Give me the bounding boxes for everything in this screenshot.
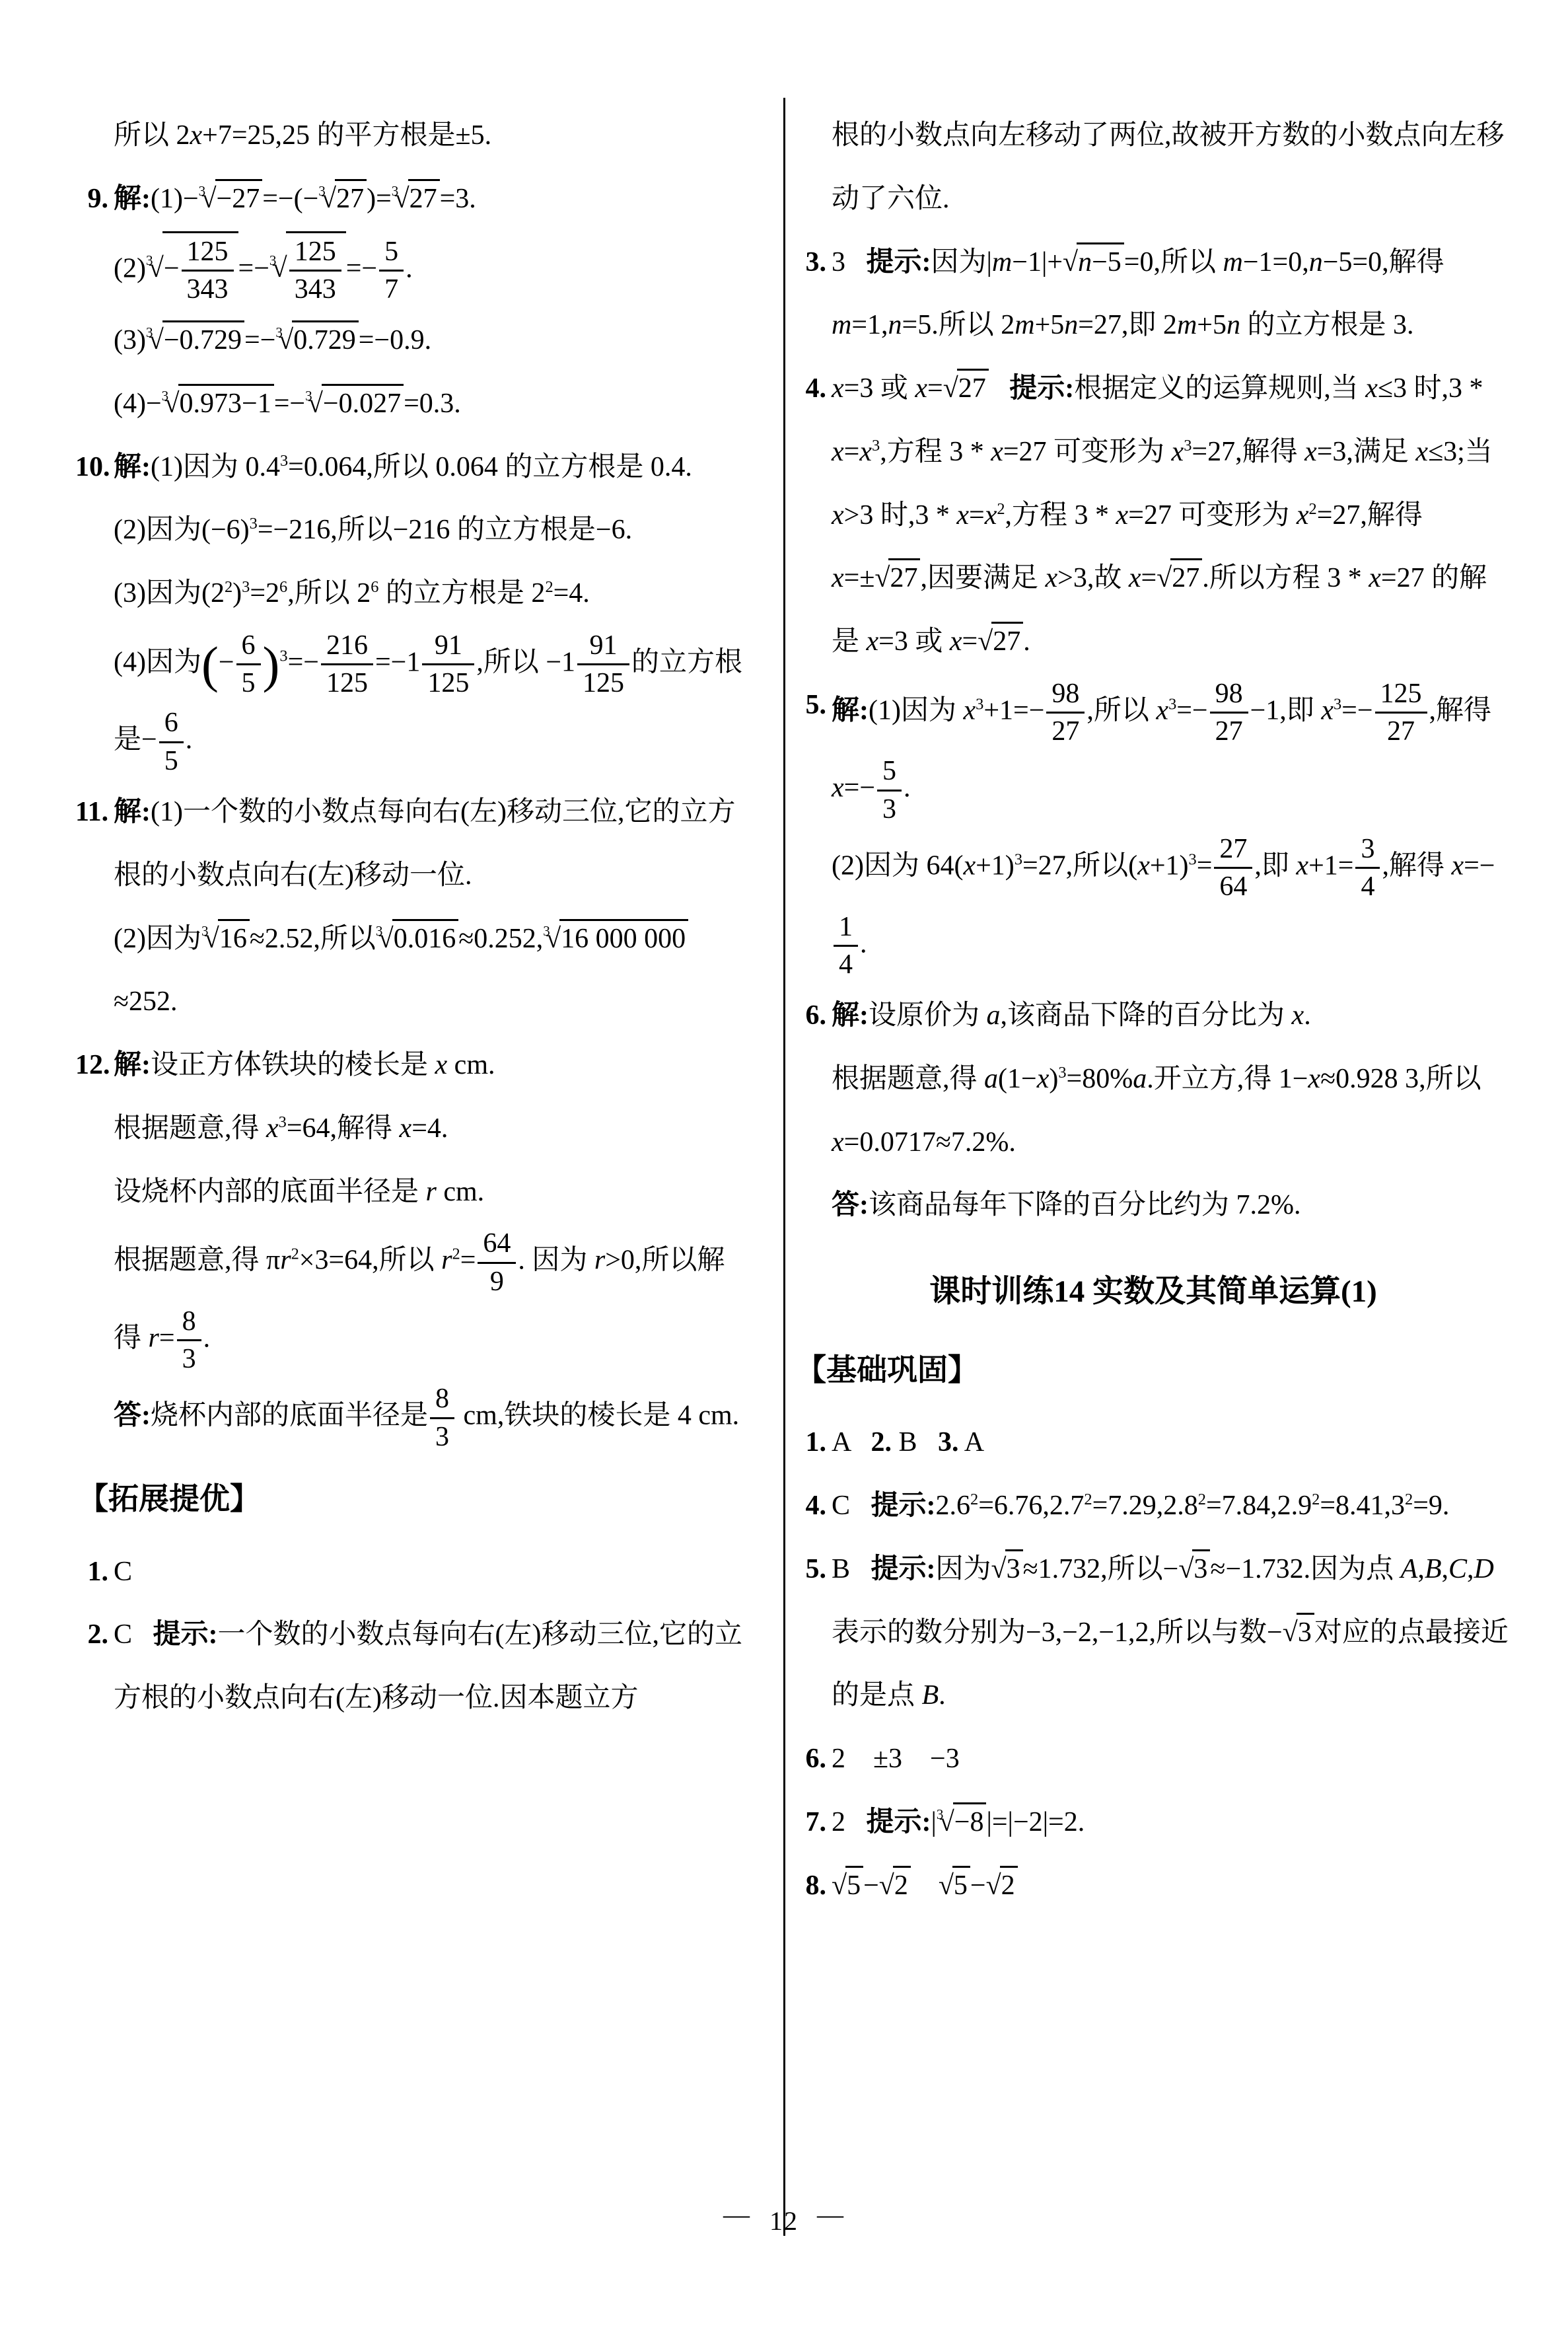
- paragraph: 根的小数点向左移动了两位,故被开方数的小数点向左移动了六位.: [832, 104, 1511, 231]
- answer-item-7: 7.2 提示:|3√−8|=|−2|=2.: [796, 1791, 1511, 1855]
- paragraph: (3)3√−0.729=−3√0.729=−0.9.: [114, 309, 744, 373]
- item-body: A 2. B 3. A: [832, 1411, 1511, 1475]
- continued-paragraph: 根的小数点向左移动了两位,故被开方数的小数点向左移动了六位.: [796, 104, 1511, 231]
- answer-item-4: 4.x=3 或 x=√27 提示:根据定义的运算规则,当 x≤3 时,3 * x…: [796, 357, 1511, 674]
- paragraph: 解:(1)因为 x3+1=−9827,所以 x3=−9827−1,即 x3=−1…: [832, 674, 1511, 829]
- right-column: 根的小数点向左移动了两位,故被开方数的小数点向左移动了六位.3.3 提示:因为|…: [796, 104, 1511, 1917]
- item-number: 9.: [75, 168, 108, 231]
- column-divider-rule: [783, 98, 785, 2236]
- page-footer: —12—: [0, 2205, 1568, 2236]
- item-body: 解:设正方体铁块的棱长是 x cm.根据题意,得 x3=64,解得 x=4.设烧…: [114, 1034, 744, 1457]
- answer-item-6: 6.2 ±3 −3: [796, 1728, 1511, 1791]
- answer-item-1: 1.A 2. B 3. A: [796, 1411, 1511, 1475]
- lesson-heading: 课时训练14 实数及其简单运算(1): [796, 1264, 1511, 1320]
- item-number: 5.: [793, 674, 826, 737]
- cube-root-radical: 3√−8: [937, 1807, 987, 1837]
- cube-root-radical: 3√−0.729: [146, 325, 244, 355]
- item-body: 解:(1)因为 x3+1=−9827,所以 x3=−9827−1,即 x3=−1…: [832, 674, 1511, 984]
- paragraph: (2)3√−125343=−3√125343=−57.: [114, 231, 744, 310]
- item-number: 4.: [793, 357, 826, 421]
- paragraph: (4)因为(−65)3=−216125=−191125,所以 −191125的立…: [114, 626, 744, 781]
- answer-item-3: 3.3 提示:因为|m−1|+√n−5=0,所以 m−1=0,n−5=0,解得 …: [796, 231, 1511, 358]
- paragraph: 2 提示:|3√−8|=|−2|=2.: [832, 1791, 1511, 1855]
- item-body: C 提示:2.62=6.76,2.72=7.29,2.82=7.84,2.92=…: [832, 1475, 1511, 1538]
- item-number: 11.: [75, 781, 108, 844]
- textbook-answer-page: { "footer": { "left_rule": "—", "number"…: [0, 0, 1568, 2325]
- fraction: 2764: [1214, 833, 1252, 903]
- fraction: 9827: [1046, 678, 1085, 748]
- item-body: 解:(1)−3√−27=−(−3√27)=3√27=3.(2)3√−125343…: [114, 168, 744, 436]
- item-body: 解:设原价为 a,该商品下降的百分比为 x.根据题意,得 a(1−x)3=80%…: [832, 984, 1511, 1237]
- answer-item-1: 1.C: [78, 1541, 744, 1604]
- section-header: 【拓展提优】: [78, 1467, 744, 1532]
- section-header: 【基础巩固】: [796, 1339, 1511, 1403]
- fraction: 125343: [289, 236, 341, 306]
- item-body: B 提示:因为√3≈1.732,所以−√3≈−1.732.因为点 A,B,C,D…: [832, 1538, 1511, 1728]
- answer-item-8: 8.√5−√2 √5−√2: [796, 1855, 1511, 1918]
- paragraph: 解:设正方体铁块的棱长是 x cm.: [114, 1034, 744, 1097]
- paragraph: (4)−3√0.973−1=−3√−0.027=0.3.: [114, 373, 744, 436]
- paragraph: 根据题意,得 πr2×3=64,所以 r2=649. 因为 r>0,所以解得 r…: [114, 1224, 744, 1379]
- paragraph: B 提示:因为√3≈1.732,所以−√3≈−1.732.因为点 A,B,C,D…: [832, 1538, 1511, 1728]
- paragraph: (2)因为(−6)3=−216,所以−216 的立方根是−6.: [114, 499, 744, 562]
- cube-root-radical: 3√0.973−1: [162, 388, 274, 419]
- item-number: 10.: [75, 436, 108, 499]
- paragraph: 根据题意,得 x3=64,解得 x=4.: [114, 1097, 744, 1161]
- cube-root-radical: 3√−0.027: [305, 388, 404, 419]
- fraction: 65: [236, 630, 261, 700]
- fraction: 65: [159, 707, 184, 777]
- square-root-radical: √5: [939, 1870, 970, 1901]
- item-body: 所以 2x+7=25,25 的平方根是±5.: [114, 104, 744, 168]
- item-number: 6.: [793, 984, 826, 1048]
- item-number: 5.: [793, 1538, 826, 1602]
- square-root-radical: √27: [1157, 563, 1202, 593]
- item-number: 4.: [793, 1475, 826, 1538]
- item-body: 3 提示:因为|m−1|+√n−5=0,所以 m−1=0,n−5=0,解得 m=…: [832, 231, 1511, 358]
- item-number: 8.: [793, 1855, 826, 1918]
- answer-item-11: 11.解:(1)一个数的小数点每向右(左)移动三位,它的立方根的小数点向右(左)…: [78, 781, 744, 1034]
- page-number: 12: [769, 2206, 799, 2236]
- item-body: √5−√2 √5−√2: [832, 1855, 1511, 1918]
- item-body: 根的小数点向左移动了两位,故被开方数的小数点向左移动了六位.: [832, 104, 1511, 231]
- continued-paragraph: 所以 2x+7=25,25 的平方根是±5.: [78, 104, 744, 168]
- paragraph: 解:(1)一个数的小数点每向右(左)移动三位,它的立方根的小数点向右(左)移动一…: [114, 781, 744, 908]
- item-number: 12.: [75, 1034, 108, 1097]
- square-root-radical: √n−5: [1063, 247, 1124, 277]
- answer-item-5: 5.B 提示:因为√3≈1.732,所以−√3≈−1.732.因为点 A,B,C…: [796, 1538, 1511, 1728]
- paragraph: 答:烧杯内部的底面半径是83 cm,铁块的棱长是 4 cm.: [114, 1379, 744, 1457]
- cube-root-radical: 3√16 000 000: [543, 924, 688, 954]
- paragraph: √5−√2 √5−√2: [832, 1855, 1511, 1918]
- cube-root-radical: 3√125343: [269, 253, 346, 283]
- paragraph: 3 提示:因为|m−1|+√n−5=0,所以 m−1=0,n−5=0,解得 m=…: [832, 231, 1511, 358]
- paragraph: 解:设原价为 a,该商品下降的百分比为 x.: [832, 984, 1511, 1048]
- fraction: 34: [1355, 833, 1380, 903]
- answer-item-10: 10.解:(1)因为 0.43=0.064,所以 0.064 的立方根是 0.4…: [78, 436, 744, 781]
- left-column: 所以 2x+7=25,25 的平方根是±5.9.解:(1)−3√−27=−(−3…: [78, 104, 744, 1730]
- square-root-radical: √27: [943, 373, 989, 404]
- answer-item-4: 4.C 提示:2.62=6.76,2.72=7.29,2.82=7.84,2.9…: [796, 1475, 1511, 1538]
- paragraph: 解:(1)因为 0.43=0.064,所以 0.064 的立方根是 0.4.: [114, 436, 744, 499]
- fraction: 14: [834, 911, 858, 981]
- cube-root-radical: 3√−27: [199, 184, 263, 214]
- cube-root-radical: 3√27: [392, 184, 440, 214]
- fraction: 9827: [1210, 678, 1248, 748]
- fraction: 57: [379, 236, 404, 306]
- item-body: x=3 或 x=√27 提示:根据定义的运算规则,当 x≤3 时,3 * x=x…: [832, 357, 1511, 674]
- paragraph: C 提示:一个数的小数点每向右(左)移动三位,它的立方根的小数点向右(左)移动一…: [114, 1604, 744, 1730]
- answer-item-12: 12.解:设正方体铁块的棱长是 x cm.根据题意,得 x3=64,解得 x=4…: [78, 1034, 744, 1457]
- answer-item-2: 2.C 提示:一个数的小数点每向右(左)移动三位,它的立方根的小数点向右(左)移…: [78, 1604, 744, 1730]
- item-body: 解:(1)因为 0.43=0.064,所以 0.064 的立方根是 0.4.(2…: [114, 436, 744, 781]
- paragraph: 答:该商品每年下降的百分比约为 7.2%.: [832, 1174, 1511, 1237]
- paragraph: C 提示:2.62=6.76,2.72=7.29,2.82=7.84,2.92=…: [832, 1475, 1511, 1538]
- fraction: 216125: [321, 630, 373, 700]
- square-root-radical: √27: [874, 563, 920, 593]
- paragraph: C: [114, 1541, 744, 1604]
- square-root-radical: √3: [991, 1554, 1023, 1584]
- fraction: 91125: [577, 630, 629, 700]
- answer-item-5: 5.解:(1)因为 x3+1=−9827,所以 x3=−9827−1,即 x3=…: [796, 674, 1511, 984]
- paragraph: A 2. B 3. A: [832, 1411, 1511, 1475]
- footer-rule-right: —: [817, 2199, 845, 2230]
- item-body: 2 ±3 −3: [832, 1728, 1511, 1791]
- answer-item-9: 9.解:(1)−3√−27=−(−3√27)=3√27=3.(2)3√−1253…: [78, 168, 744, 436]
- cube-root-radical: 3√0.729: [275, 325, 358, 355]
- paragraph: (3)因为(22)3=26,所以 26 的立方根是 22=4.: [114, 562, 744, 626]
- item-number: 3.: [793, 231, 826, 295]
- item-body: 解:(1)一个数的小数点每向右(左)移动三位,它的立方根的小数点向右(左)移动一…: [114, 781, 744, 1034]
- answer-item-6: 6.解:设原价为 a,该商品下降的百分比为 x.根据题意,得 a(1−x)3=8…: [796, 984, 1511, 1237]
- paragraph: 解:(1)−3√−27=−(−3√27)=3√27=3.: [114, 168, 744, 231]
- paragraph: 设烧杯内部的底面半径是 r cm.: [114, 1161, 744, 1224]
- square-root-radical: √5: [832, 1870, 863, 1901]
- square-root-radical: √3: [1178, 1554, 1210, 1584]
- paragraph: 根据题意,得 a(1−x)3=80%a.开立方,得 1−x≈0.928 3,所以…: [832, 1048, 1511, 1175]
- paragraph: 2 ±3 −3: [832, 1728, 1511, 1791]
- square-root-radical: √27: [978, 626, 1023, 657]
- fraction: 125343: [182, 236, 234, 306]
- paragraph: (2)因为 64(x+1)3=27,所以(x+1)3=2764,即 x+1=34…: [832, 829, 1511, 984]
- item-number: 6.: [793, 1728, 826, 1791]
- cube-root-radical: 3√0.016: [376, 924, 458, 954]
- square-root-radical: √2: [986, 1870, 1018, 1901]
- paragraph: x=3 或 x=√27 提示:根据定义的运算规则,当 x≤3 时,3 * x=x…: [832, 357, 1511, 674]
- cube-root-radical: 3√27: [318, 184, 367, 214]
- item-number: 2.: [75, 1604, 108, 1667]
- cube-root-radical: 3√16: [201, 924, 250, 954]
- square-root-radical: √2: [879, 1870, 911, 1901]
- item-body: C 提示:一个数的小数点每向右(左)移动三位,它的立方根的小数点向右(左)移动一…: [114, 1604, 744, 1730]
- fraction: 83: [177, 1306, 201, 1376]
- item-number: 7.: [793, 1791, 826, 1855]
- cube-root-radical: 3√−125343: [146, 253, 238, 283]
- item-number: 1.: [793, 1411, 826, 1475]
- footer-rule-left: —: [723, 2199, 751, 2230]
- paragraph: 所以 2x+7=25,25 的平方根是±5.: [114, 104, 744, 168]
- square-root-radical: √3: [1283, 1617, 1314, 1648]
- fraction: 53: [877, 755, 902, 825]
- item-number: 1.: [75, 1541, 108, 1604]
- item-body: C: [114, 1541, 744, 1604]
- fraction: 83: [430, 1383, 454, 1453]
- fraction: 91125: [422, 630, 474, 700]
- fraction: 12527: [1375, 678, 1427, 748]
- item-body: 2 提示:|3√−8|=|−2|=2.: [832, 1791, 1511, 1855]
- paragraph: (2)因为3√16≈2.52,所以3√0.016≈0.252,3√16 000 …: [114, 908, 744, 1035]
- fraction: 649: [478, 1228, 516, 1298]
